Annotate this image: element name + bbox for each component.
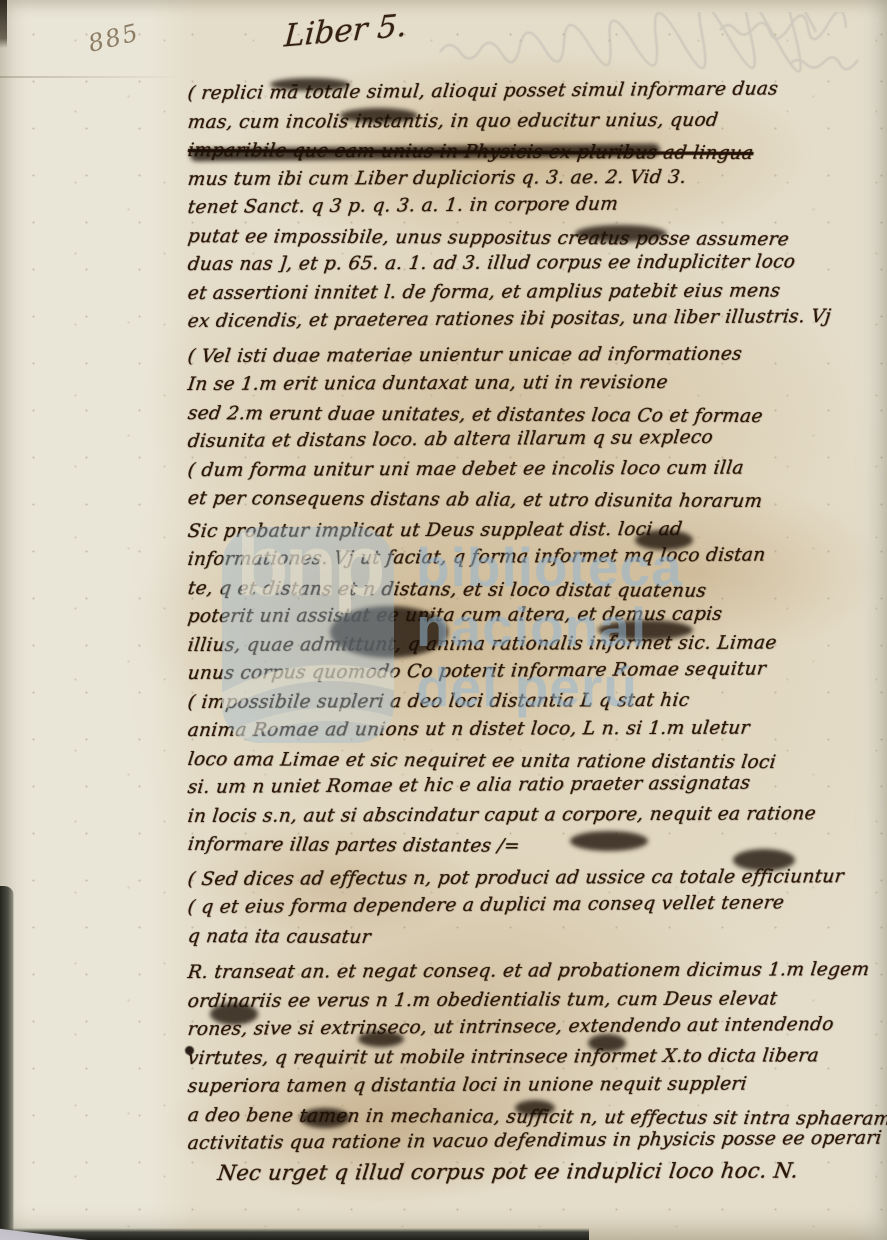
manuscript-line: ( q et eius forma dependere a duplici ma… bbox=[186, 889, 885, 923]
manuscript-line: R. transeat an. et negat conseq. et ad p… bbox=[186, 956, 885, 988]
book-spine-edge-top bbox=[0, 0, 7, 48]
manuscript-line: virtutes, q requirit ut mobile intrinsec… bbox=[186, 1041, 885, 1073]
manuscript-line: superiora tamen q distantia loci in unio… bbox=[186, 1070, 885, 1102]
margin-bullet-dot bbox=[185, 1046, 194, 1055]
manuscript-line: ex dicendis, et praeterea rationes ibi p… bbox=[186, 303, 885, 337]
manuscript-line: activitatis qua ratione in vacuo defendi… bbox=[186, 1125, 885, 1159]
manuscript-line: unus corpus quomodo Co poterit informare… bbox=[186, 655, 885, 689]
manuscript-line: et per consequens distans ab alia, et ut… bbox=[186, 485, 884, 517]
manuscript-line: si. um n uniet Romae et hic e alia ratio… bbox=[186, 769, 885, 803]
book-page-block-edge-left bbox=[0, 886, 14, 1232]
manuscript-line: q nata ita causatur bbox=[186, 923, 884, 955]
manuscript-line: in locis s.n, aut si abscindatur caput a… bbox=[186, 799, 885, 831]
manuscript-line: anima Romae ad unions ut n distet loco, … bbox=[186, 714, 885, 746]
manuscript-line: Nec urget q illud corpus pot ee induplic… bbox=[216, 1156, 885, 1187]
manuscript-line: rones, sive si extrinseco, ut intrinsece… bbox=[186, 1011, 885, 1045]
manuscript-line: tenet Sanct. q 3 p. q. 3. a. 1. in corpo… bbox=[186, 189, 885, 223]
book-page-block-edge-bottom bbox=[4, 1228, 589, 1240]
manuscript-line: poterit uni assistat ee unita cum altera… bbox=[186, 600, 885, 632]
manuscript-line: ( dum forma unitur uni mae debet ee inco… bbox=[186, 453, 885, 485]
manuscript-line: mas, cum incolis instantis, in quo educi… bbox=[186, 105, 885, 137]
paper-crease bbox=[0, 76, 182, 78]
scanned-manuscript-page: 885 Liber 5. ( replici mā totale simul, … bbox=[0, 0, 887, 1240]
manuscript-line: disunita et distans loco. ab altera illa… bbox=[186, 423, 885, 457]
manuscript-line: informationes. Vj ut faciat, q forma inf… bbox=[186, 541, 885, 575]
manuscript-text-block: ( replici mā totale simul, alioqui posse… bbox=[186, 80, 881, 1187]
manuscript-line: ( Vel isti duae materiae unientur unicae… bbox=[186, 339, 885, 371]
manuscript-line: ( impossibile supleri a deo loci distant… bbox=[186, 685, 885, 717]
manuscript-line: duas nas ], et p. 65. a. 1. ad 3. illud … bbox=[186, 248, 885, 280]
manuscript-line: In se 1.m erit unica duntaxat una, uti i… bbox=[186, 368, 885, 400]
